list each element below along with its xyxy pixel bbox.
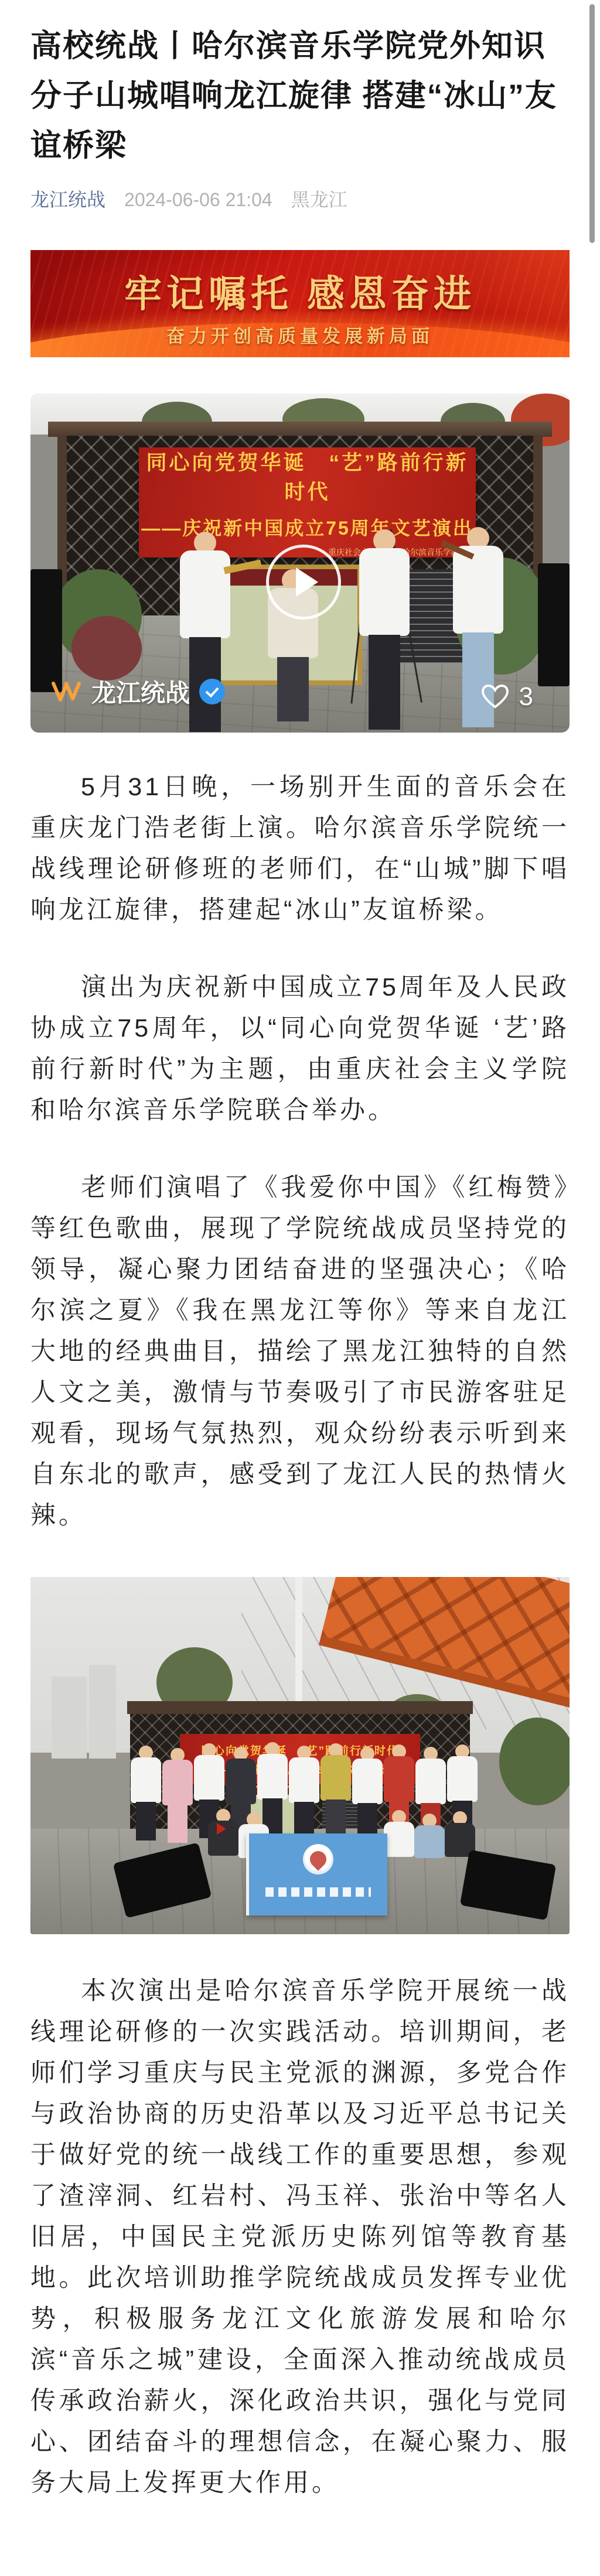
channels-logo-icon [50,679,82,704]
building [89,1665,116,1759]
flag-logo-icon [303,1844,333,1874]
paragraph-1: 5月31日晚，一场别开生面的音乐会在重庆龙门浩老街上演。哈尔滨音乐学院统一战线理… [30,767,570,930]
publish-date: 2024-06-06 21:04 [124,187,272,213]
blue-flag [246,1833,387,1915]
wood-beam [48,422,552,437]
tree [499,1718,570,1805]
paragraph-4: 本次演出是哈尔滨音乐学院开展统一战线理论研修的一次实践活动。培训期间，老师们学习… [30,1971,570,2503]
performer-flute [356,529,412,730]
banner-slogan-text: 牢记嘱托 感恩奋进 [30,264,570,318]
person [350,1747,384,1842]
heart-icon [482,685,509,709]
paragraph-2: 演出为庆祝新中国成立75周年及人民政协成立75周年，以“同心向党贺华诞 ‘艺’路… [30,967,570,1131]
person [319,1743,353,1838]
slogan-banner-image[interactable]: 牢记嘱托 感恩奋进 奋力开创高质量发展新局面 [30,250,570,357]
speaker-right [538,563,570,686]
watermark-account-name: 龙江统战 [91,674,190,709]
person [412,1814,446,1858]
verified-badge-icon [199,679,225,704]
flag-text-decoration [265,1887,371,1897]
banner-subtitle-text: 奋力开创高质量发展新局面 [30,321,570,348]
flowers-left [71,616,142,680]
byline: 龙江统战 2024-06-06 21:04 黑龙江 [30,187,570,213]
play-button[interactable] [266,545,341,620]
group-photo-image[interactable]: 同心向党贺华诞 “艺”路前行新时代 ——庆祝新中国成立75周年文艺演出 [30,1577,570,1934]
wood-beam [127,1701,473,1714]
account-link[interactable]: 龙江统战 [30,187,105,213]
video-watermark: 龙江统战 [50,674,225,709]
small-red-flag [217,1823,226,1835]
publish-location: 黑龙江 [291,187,347,213]
building [52,1677,87,1759]
scrollbar-thumb[interactable] [589,4,595,243]
page-title: 高校统战丨哈尔滨音乐学院党外知识分子山城唱响龙江旋律 搭建“冰山”友谊桥梁 [30,0,570,170]
like-count: 3 [519,682,533,711]
play-icon [296,567,318,597]
person [287,1746,321,1841]
video-likes[interactable]: 3 [482,682,533,711]
person [161,1748,195,1843]
video-player[interactable]: 同心向党贺华诞 “艺”路前行新时代 ——庆祝新中国成立75周年文艺演出 重庆社会… [30,394,570,733]
stage-banner-line1: 同心向党贺华诞 “艺”路前行新时代 [139,447,476,505]
paragraph-3: 老师们演唱了《我爱你中国》《红梅赞》等红色歌曲，展现了学院统战成员坚持党的领导，… [30,1167,570,1536]
person [129,1746,163,1841]
